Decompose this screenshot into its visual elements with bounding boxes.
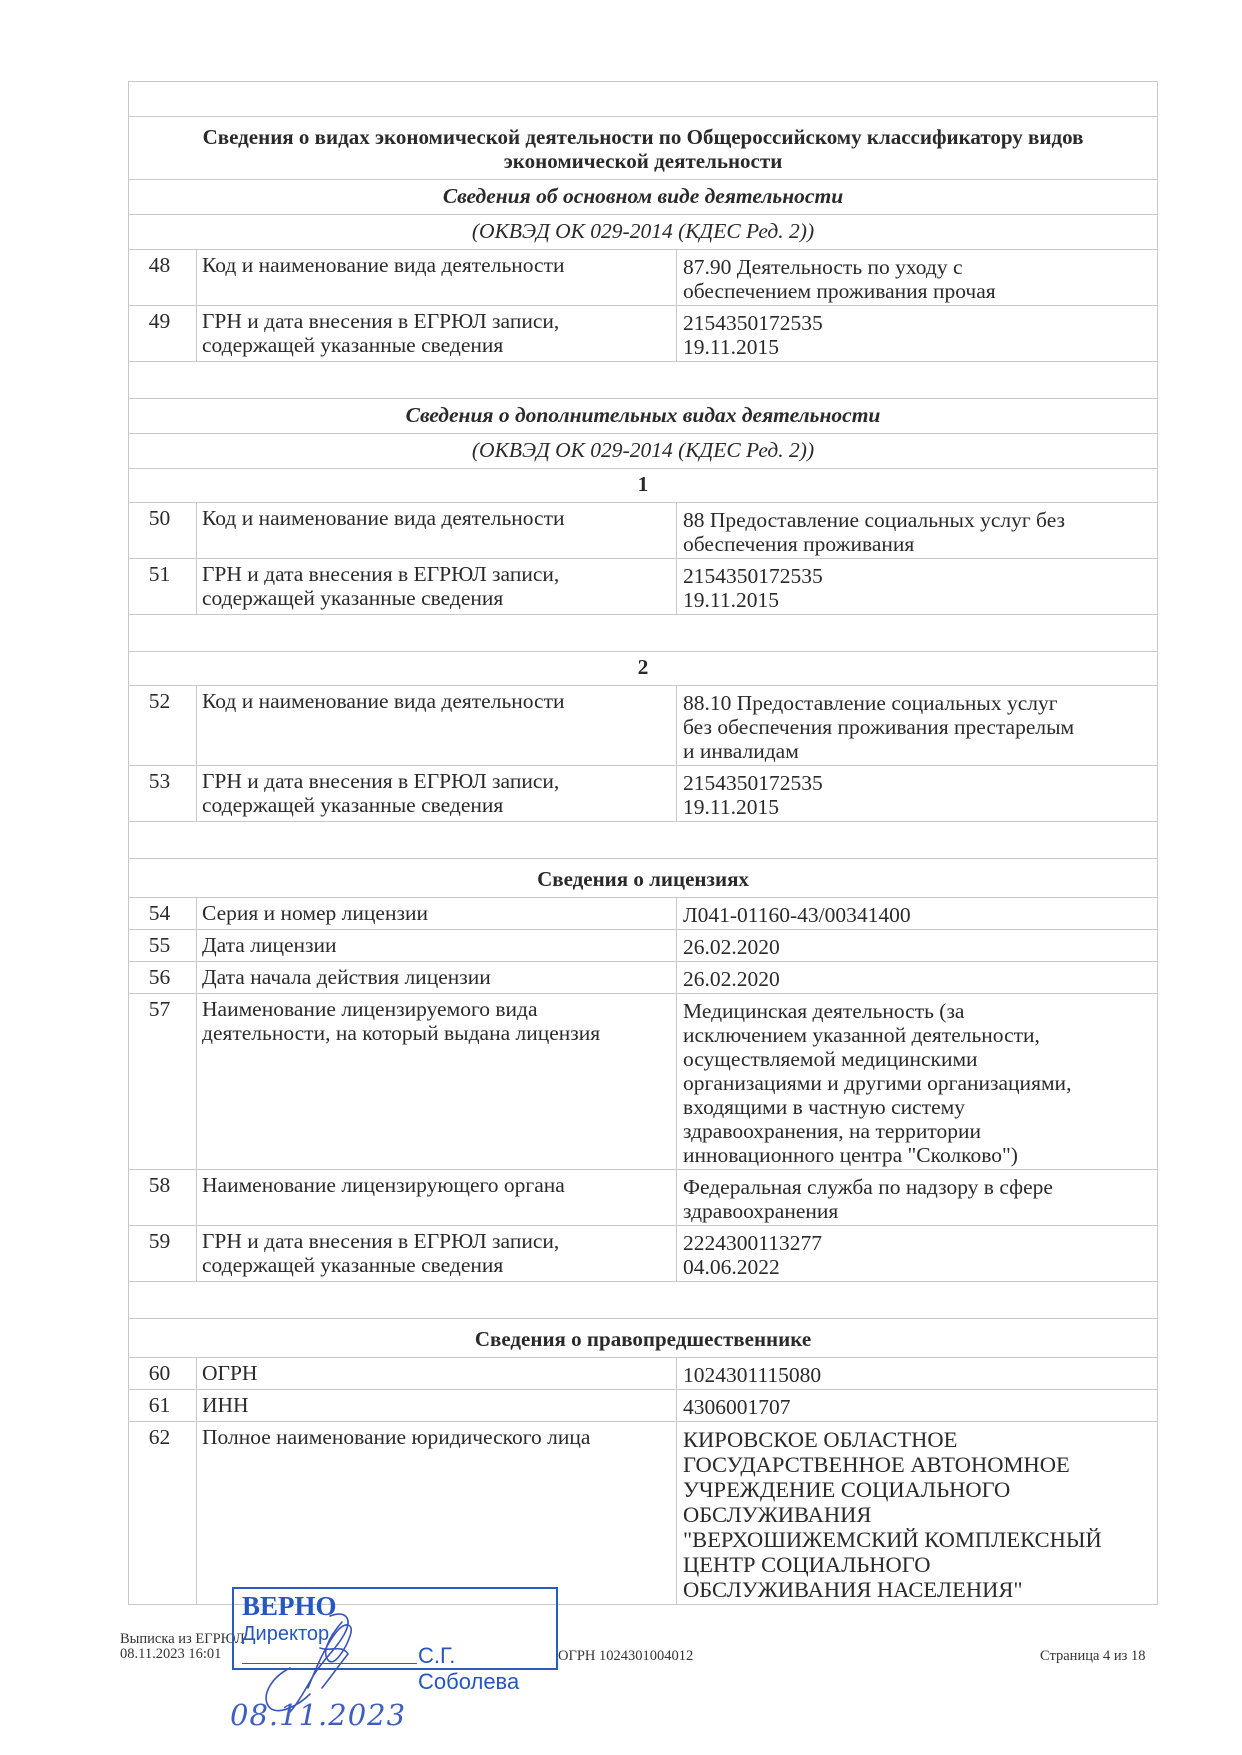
- spacer-row: [129, 1282, 1158, 1319]
- row-number: 55: [129, 930, 197, 962]
- table-row: 61 ИНН 4306001707: [129, 1390, 1158, 1422]
- table-row: 51 ГРН и дата внесения в ЕГРЮЛ записи, с…: [129, 559, 1158, 615]
- row-number: 54: [129, 898, 197, 930]
- handwritten-date: 08.11.2023: [230, 1698, 406, 1732]
- row-number: 56: [129, 962, 197, 994]
- row-value: 2154350172535 19.11.2015: [677, 306, 1158, 362]
- footer-doc-info: Выписка из ЕГРЮЛ 08.11.2023 16:01: [120, 1632, 245, 1662]
- subsection-title: Сведения об основном виде деятельности: [129, 180, 1158, 215]
- row-number: 50: [129, 503, 197, 559]
- row-label: Дата лицензии: [197, 930, 677, 962]
- footer-doc-name: Выписка из ЕГРЮЛ: [120, 1632, 245, 1647]
- row-value: 1024301115080: [677, 1358, 1158, 1390]
- row-value: Федеральная служба по надзору в сфере зд…: [677, 1170, 1158, 1226]
- table-row: 59 ГРН и дата внесения в ЕГРЮЛ записи, с…: [129, 1226, 1158, 1282]
- row-label: Серия и номер лицензии: [197, 898, 677, 930]
- table-row: 58 Наименование лицензирующего органа Фе…: [129, 1170, 1158, 1226]
- section-title: Сведения о правопредшественнике: [129, 1319, 1158, 1358]
- table-row: 50 Код и наименование вида деятельности …: [129, 503, 1158, 559]
- spacer-row: [129, 362, 1158, 399]
- row-value: Л041-01160-43/00341400: [677, 898, 1158, 930]
- row-value: 2154350172535 19.11.2015: [677, 559, 1158, 615]
- row-number: 62: [129, 1422, 197, 1605]
- group-index-row: 2: [129, 652, 1158, 686]
- row-label: ГРН и дата внесения в ЕГРЮЛ записи, соде…: [197, 306, 677, 362]
- row-label: ИНН: [197, 1390, 677, 1422]
- table-row: 52 Код и наименование вида деятельности …: [129, 686, 1158, 766]
- spacer-row: [129, 822, 1158, 859]
- section-header-okved: Сведения о видах экономической деятельно…: [129, 117, 1158, 180]
- row-number: 57: [129, 994, 197, 1170]
- row-value: КИРОВСКОЕ ОБЛАСТНОЕ ГОСУДАРСТВЕННОЕ АВТО…: [677, 1422, 1158, 1605]
- row-label: Дата начала действия лицензии: [197, 962, 677, 994]
- section-title: Сведения о лицензиях: [129, 859, 1158, 898]
- classifier-label: (ОКВЭД ОК 029-2014 (КДЕС Ред. 2)): [129, 434, 1158, 469]
- table-row: 48 Код и наименование вида деятельности …: [129, 250, 1158, 306]
- row-number: 49: [129, 306, 197, 362]
- table-row: 56 Дата начала действия лицензии 26.02.2…: [129, 962, 1158, 994]
- row-label: Код и наименование вида деятельности: [197, 250, 677, 306]
- subsection-main-activity: Сведения об основном виде деятельности: [129, 180, 1158, 215]
- classifier-row: (ОКВЭД ОК 029-2014 (КДЕС Ред. 2)): [129, 215, 1158, 250]
- row-number: 61: [129, 1390, 197, 1422]
- table-row: 53 ГРН и дата внесения в ЕГРЮЛ записи, с…: [129, 766, 1158, 822]
- row-number: 52: [129, 686, 197, 766]
- row-label: Наименование лицензируемого вида деятель…: [197, 994, 677, 1170]
- row-label: Код и наименование вида деятельности: [197, 503, 677, 559]
- row-value: 2224300113277 04.06.2022: [677, 1226, 1158, 1282]
- stamp-signer-name: С.Г. Соболева: [418, 1643, 556, 1695]
- classifier-label: (ОКВЭД ОК 029-2014 (КДЕС Ред. 2)): [129, 215, 1158, 250]
- row-number: 53: [129, 766, 197, 822]
- row-label: Наименование лицензирующего органа: [197, 1170, 677, 1226]
- row-number: 60: [129, 1358, 197, 1390]
- group-index: 1: [129, 469, 1158, 503]
- row-number: 59: [129, 1226, 197, 1282]
- row-value: 26.02.2020: [677, 930, 1158, 962]
- table-row: 54 Серия и номер лицензии Л041-01160-43/…: [129, 898, 1158, 930]
- table-row: 60 ОГРН 1024301115080: [129, 1358, 1158, 1390]
- table-row: 49 ГРН и дата внесения в ЕГРЮЛ записи, с…: [129, 306, 1158, 362]
- row-label: Полное наименование юридического лица: [197, 1422, 677, 1605]
- footer-datetime: 08.11.2023 16:01: [120, 1647, 245, 1662]
- egrul-extract-table: Сведения о видах экономической деятельно…: [128, 81, 1158, 1605]
- subsection-additional-activity: Сведения о дополнительных видах деятельн…: [129, 399, 1158, 434]
- classifier-row: (ОКВЭД ОК 029-2014 (КДЕС Ред. 2)): [129, 434, 1158, 469]
- table-row: 57 Наименование лицензируемого вида деят…: [129, 994, 1158, 1170]
- row-value: 2154350172535 19.11.2015: [677, 766, 1158, 822]
- subsection-title: Сведения о дополнительных видах деятельн…: [129, 399, 1158, 434]
- row-label: ОГРН: [197, 1358, 677, 1390]
- row-value: 87.90 Деятельность по уходу с обеспечени…: [677, 250, 1158, 306]
- row-value: 4306001707: [677, 1390, 1158, 1422]
- row-label: ГРН и дата внесения в ЕГРЮЛ записи, соде…: [197, 1226, 677, 1282]
- section-header-predecessor: Сведения о правопредшественнике: [129, 1319, 1158, 1358]
- spacer-row: [129, 615, 1158, 652]
- row-label: Код и наименование вида деятельности: [197, 686, 677, 766]
- row-value: 26.02.2020: [677, 962, 1158, 994]
- group-index: 2: [129, 652, 1158, 686]
- footer-ogrn: ОГРН 1024301004012: [558, 1648, 693, 1665]
- spacer-row: [129, 82, 1158, 117]
- row-label: ГРН и дата внесения в ЕГРЮЛ записи, соде…: [197, 766, 677, 822]
- table-row: 55 Дата лицензии 26.02.2020: [129, 930, 1158, 962]
- row-number: 48: [129, 250, 197, 306]
- row-value: Медицинская деятельность (за исключением…: [677, 994, 1158, 1170]
- section-header-licenses: Сведения о лицензиях: [129, 859, 1158, 898]
- row-value: 88.10 Предоставление социальных услуг бе…: [677, 686, 1158, 766]
- table-row: 62 Полное наименование юридического лица…: [129, 1422, 1158, 1605]
- row-number: 58: [129, 1170, 197, 1226]
- row-number: 51: [129, 559, 197, 615]
- page-number: Страница 4 из 18: [1040, 1648, 1146, 1665]
- section-title: Сведения о видах экономической деятельно…: [129, 117, 1158, 180]
- row-label: ГРН и дата внесения в ЕГРЮЛ записи, соде…: [197, 559, 677, 615]
- group-index-row: 1: [129, 469, 1158, 503]
- row-value: 88 Предоставление социальных услуг без о…: [677, 503, 1158, 559]
